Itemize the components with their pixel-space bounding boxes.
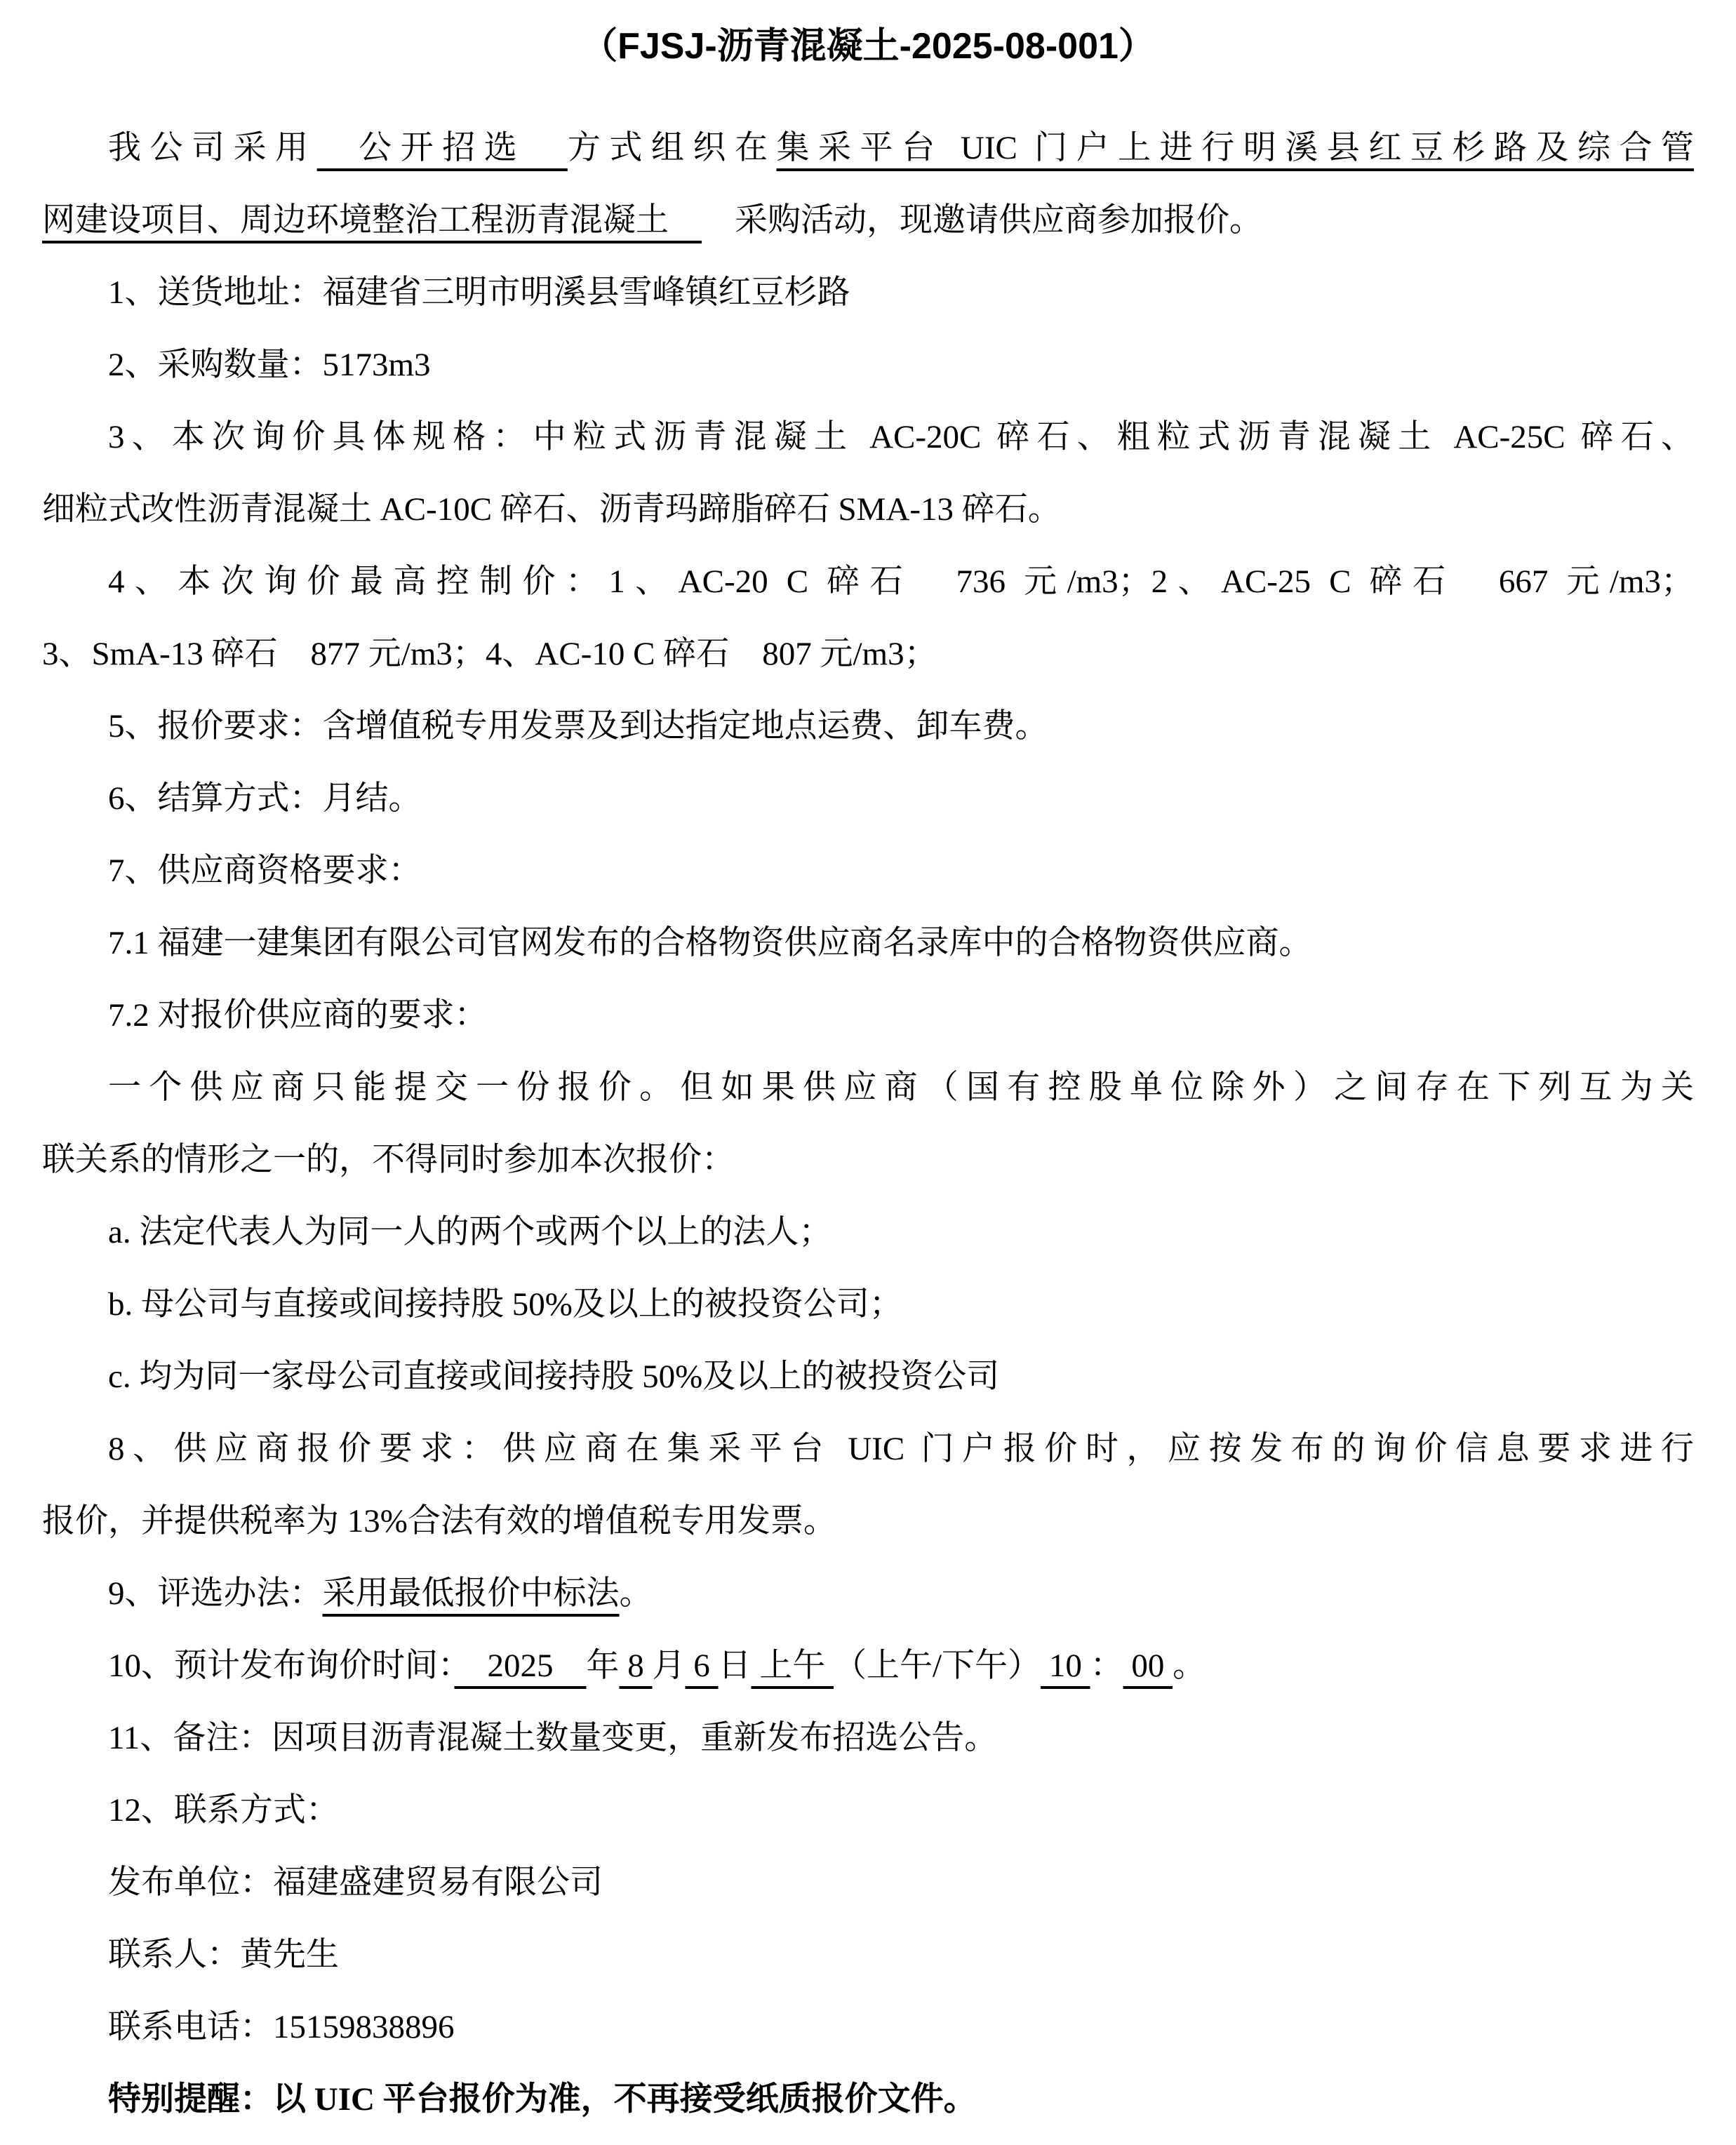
schedule-time-colon: ： (1090, 1648, 1123, 1684)
procurement-notice-document: （FJSJ-沥青混凝土-2025-08-001） 我公司采用 公开招选 方式组织… (0, 0, 1736, 2136)
evaluation-label: 9、评选办法： (108, 1575, 323, 1612)
schedule-month-suffix: 月 (653, 1648, 686, 1684)
schedule-day-suffix: 日 (719, 1648, 752, 1684)
qualification-body-line-1: 一个供应商只能提交一份报价。但如果供应商（国有控股单位除外）之间存在下列互为关 (42, 1052, 1694, 1124)
item-supplier-qualification-heading: 7、供应商资格要求： (42, 835, 1694, 907)
contact-person-line: 联系人：黄先生 (42, 1919, 1694, 1991)
schedule-month-underlined: 8 (620, 1648, 653, 1684)
item-qualification-7-1: 7.1 福建一建集团有限公司官网发布的合格物资供应商名录库中的合格物资供应商。 (42, 907, 1694, 980)
item-specs-line-1: 3、本次询价具体规格：中粒式沥青混凝土 AC-20C 碎石、粗粒式沥青混凝土 A… (42, 401, 1694, 474)
item-contact-heading: 12、联系方式： (42, 1775, 1694, 1847)
item-schedule: 10、预计发布询价时间： 2025 年 8 月 6 日 上午 （上午/下午） 1… (42, 1630, 1694, 1702)
schedule-minute-underlined: 00 (1123, 1648, 1173, 1684)
relation-case-a: a. 法定代表人为同一人的两个或两个以上的法人； (42, 1196, 1694, 1269)
item-evaluation-method: 9、评选办法：采用最低报价中标法。 (42, 1558, 1694, 1630)
intro-line-2: 网建设项目、周边环境整治工程沥青混凝土 采购活动，现邀请供应商参加报价。 (42, 185, 1694, 257)
relation-case-c: c. 均为同一家母公司直接或间接持股 50%及以上的被投资公司 (42, 1341, 1694, 1413)
item-settlement-method: 6、结算方式：月结。 (42, 763, 1694, 835)
schedule-year-underlined: 2025 (455, 1648, 587, 1684)
item-quote-requirements: 5、报价要求：含增值税专用发票及到达指定地点运费、卸车费。 (42, 690, 1694, 763)
item-delivery-address: 1、送货地址：福建省三明市明溪县雪峰镇红豆杉路 (42, 257, 1694, 329)
schedule-ampm-underlined: 上午 (752, 1648, 834, 1684)
schedule-day-underlined: 6 (686, 1648, 719, 1684)
item-qualification-7-2-heading: 7.2 对报价供应商的要求： (42, 980, 1694, 1052)
item-specs-line-2: 细粒式改性沥青混凝土 AC-10C 碎石、沥青玛蹄脂碎石 SMA-13 碎石。 (42, 474, 1694, 546)
qualification-body-line-2: 联关系的情形之一的，不得同时参加本次报价： (42, 1124, 1694, 1196)
item-supplier-quote-rule-line-2: 报价，并提供税率为 13%合法有效的增值税专用发票。 (42, 1485, 1694, 1558)
item-purchase-quantity: 2、采购数量：5173m3 (42, 329, 1694, 401)
special-reminder-line: 特别提醒：以 UIC 平台报价为准，不再接受纸质报价文件。 (42, 2064, 1694, 2136)
intro-tail: 采购活动，现邀请供应商参加报价。 (702, 202, 1262, 239)
intro-project-underlined-1: 集采平台 UIC 门户上进行明溪县红豆杉路及综合管 (776, 130, 1694, 166)
schedule-ampm-hint: （上午/下午） (834, 1648, 1041, 1684)
schedule-hour-underlined: 10 (1041, 1648, 1090, 1684)
intro-mid: 方式组织在 (568, 130, 777, 166)
intro-lead: 我公司采用 (108, 130, 317, 166)
schedule-year-suffix: 年 (587, 1648, 620, 1684)
intro-line-1: 我公司采用 公开招选 方式组织在集采平台 UIC 门户上进行明溪县红豆杉路及综合… (42, 112, 1694, 185)
item-supplier-quote-rule-line-1: 8、供应商报价要求：供应商在集采平台 UIC 门户报价时，应按发布的询价信息要求… (42, 1413, 1694, 1485)
relation-case-b: b. 母公司与直接或间接持股 50%及以上的被投资公司； (42, 1269, 1694, 1341)
item-max-price-line-2: 3、SmA-13 碎石 877 元/m3；4、AC-10 C 碎石 807 元/… (42, 618, 1694, 690)
item-remark: 11、备注：因项目沥青混凝土数量变更，重新发布招选公告。 (42, 1702, 1694, 1775)
schedule-period: 。 (1173, 1648, 1206, 1684)
contact-phone-line: 联系电话：15159838896 (42, 1991, 1694, 2064)
evaluation-tail: 。 (620, 1575, 653, 1612)
intro-project-underlined-2: 网建设项目、周边环境整治工程沥青混凝土 (42, 202, 702, 239)
document-title: （FJSJ-沥青混凝土-2025-08-001） (42, 10, 1694, 83)
item-max-price-line-1: 4、本次询价最高控制价：1、AC-20 C 碎石 736 元/m3；2、AC-2… (42, 546, 1694, 618)
schedule-label: 10、预计发布询价时间： (108, 1648, 455, 1684)
intro-method-underlined: 公开招选 (317, 130, 568, 166)
evaluation-method-underlined: 采用最低报价中标法 (323, 1575, 620, 1612)
publisher-line: 发布单位：福建盛建贸易有限公司 (42, 1847, 1694, 1919)
